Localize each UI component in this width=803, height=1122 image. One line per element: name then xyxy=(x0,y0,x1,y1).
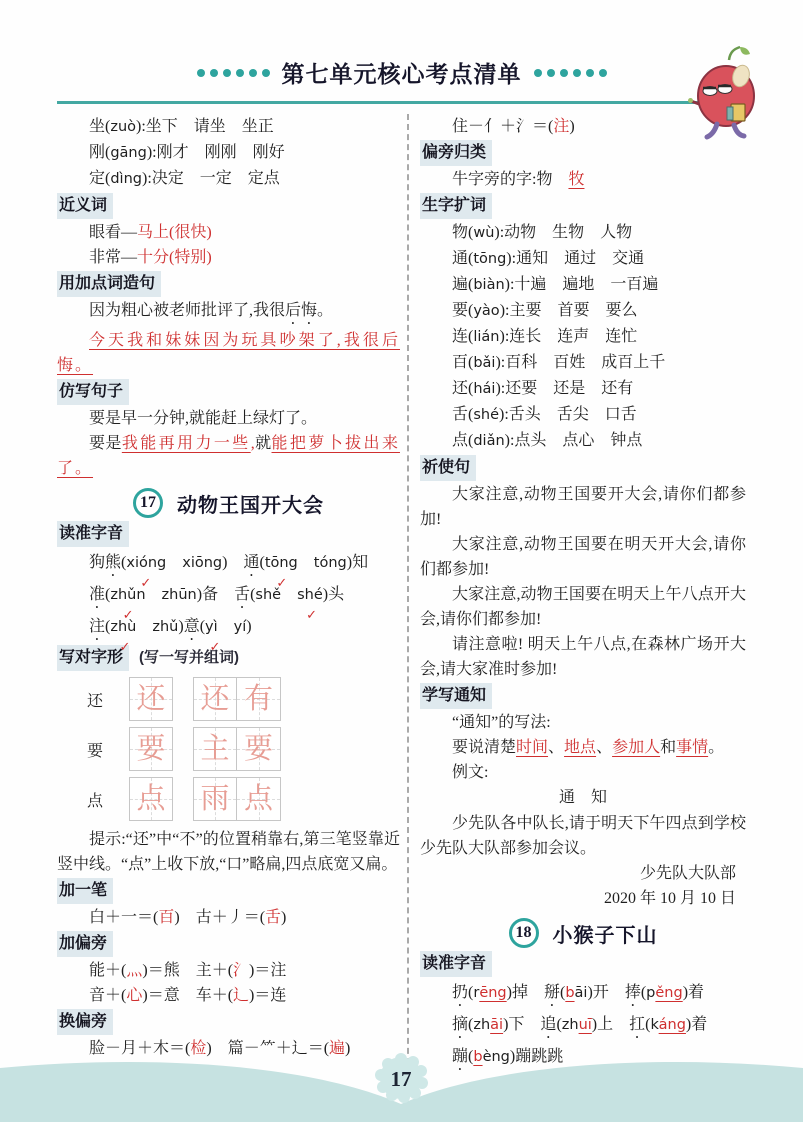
text-run: ):通知 通过 交通 xyxy=(506,250,644,267)
section-header: 用加点词造句 xyxy=(57,271,400,297)
lesson-number-badge: 18 xyxy=(509,918,539,948)
pinyin-correct-option: tōng xyxy=(265,549,298,578)
text-run: āi xyxy=(575,985,588,1001)
apple-mascot-icon xyxy=(687,44,767,148)
emphasized-char: 捧 xyxy=(625,984,641,1001)
text-run: zhūn xyxy=(162,587,197,603)
dot-icon xyxy=(197,69,205,77)
text-run: 少先队各中队长,请于明天下午四点到学校少先队大队部参加会议。 xyxy=(420,815,746,857)
pinyin-correct-option: xióng xyxy=(126,549,166,578)
content-line: 狗熊(xióng xiōng) 通(tōng tóng)知 xyxy=(57,548,400,580)
section-header-label: 读准字音 xyxy=(57,521,129,547)
practice-cell: 主 xyxy=(193,727,237,771)
section-header-label: 写对字形 xyxy=(57,645,129,671)
text-run: )＝熊 主＋( xyxy=(142,962,233,979)
text-run: )着 xyxy=(683,984,704,1001)
left-column: 坐(zuò):坐下 请坐 坐正刚(gāng):刚才 刚刚 刚好定(dìng):决… xyxy=(57,114,407,1074)
grid-answer-char: 还 xyxy=(136,685,165,714)
text-run: zh xyxy=(473,1017,490,1033)
text-run: )＝连 xyxy=(249,987,286,1004)
text-run: hái xyxy=(473,381,495,397)
paragraph: 大家注意,动物王国要开大会,请你们都参加! xyxy=(420,482,746,532)
dot-icon xyxy=(236,69,244,77)
single-cell-box: 点 xyxy=(129,777,173,821)
section-header: 祈使句 xyxy=(420,455,746,481)
content-line: 非常—十分(特别) xyxy=(57,245,400,270)
text-run: 非常— xyxy=(89,249,137,266)
emphasized-char: 通 xyxy=(243,554,259,571)
text-run: tóng xyxy=(314,555,347,571)
section-header-note: (写一写并组词) xyxy=(139,649,239,666)
emphasized-char: 注 xyxy=(89,618,105,635)
answer-text: ēng xyxy=(479,985,506,1001)
text-run: )头 xyxy=(323,586,344,603)
text-run: 2020 年 10 月 10 日 xyxy=(604,890,736,907)
grid-label-char: 要 xyxy=(87,738,129,761)
section-header: 写对字形(写一写并组词) xyxy=(57,645,400,671)
pinyin-correct-option: zhù xyxy=(110,613,136,642)
practice-cell: 还 xyxy=(193,677,237,721)
content-line: 舌(shé):舌头 舌尖 口舌 xyxy=(420,402,746,428)
text-run: 要( xyxy=(452,302,473,319)
text-run: biàn xyxy=(473,277,504,293)
section-header: 换偏旁 xyxy=(57,1009,400,1035)
emphasized-char: 舌 xyxy=(234,586,250,603)
text-run: ) xyxy=(246,618,251,635)
grid-answer-char: 点 xyxy=(136,785,165,814)
content-line: 2020 年 10 月 10 日 xyxy=(420,886,746,911)
practice-cell: 雨 xyxy=(193,777,237,821)
dot-icon xyxy=(547,69,555,77)
answer-text: 牧 xyxy=(568,171,584,188)
paragraph: 要是早一分钟,就能赶上绿灯了。 xyxy=(57,406,400,431)
section-header: 仿写句子 xyxy=(57,379,400,405)
text-run: ) xyxy=(569,118,574,135)
content-line: 连(lián):连长 连声 连忙 xyxy=(420,324,746,350)
content-line: 物(wù):动物 生物 人物 xyxy=(420,220,746,246)
answer-text: 氵 xyxy=(233,962,249,979)
content-line: 点(diǎn):点头 点心 钟点 xyxy=(420,428,746,454)
section-header-label: 读准字音 xyxy=(420,951,492,977)
text-run: ):连长 连声 连忙 xyxy=(499,328,637,345)
text-run: 例文: xyxy=(452,764,488,781)
text-run: diǎn xyxy=(473,433,504,449)
lesson-heading: 17动物王国开大会 xyxy=(57,488,400,518)
answer-text: 地点 xyxy=(564,739,596,756)
text-run: 能＋( xyxy=(89,962,126,979)
section-header-label: 祈使句 xyxy=(420,455,476,481)
dot-icon xyxy=(599,69,607,77)
grid-answer-char: 点 xyxy=(244,785,273,814)
text-run: zuò xyxy=(110,119,136,135)
text-run: yí xyxy=(234,619,247,635)
writing-grid-row: 还还还有 xyxy=(57,677,400,721)
answer-text: 时间 xyxy=(516,739,548,756)
answer-text: 马上(很快) xyxy=(137,224,212,241)
page-number: 17 xyxy=(391,1067,412,1091)
text-run: )掉 xyxy=(507,984,544,1001)
text-run: 眼看— xyxy=(89,224,137,241)
text-run: ):主要 首要 要么 xyxy=(500,302,638,319)
text-run: yào xyxy=(473,303,499,319)
text-run: 要是早一分钟,就能赶上绿灯了。 xyxy=(89,410,317,427)
answer-text: 舌 xyxy=(265,909,281,926)
text-run: )＝注 xyxy=(249,962,286,979)
text-run: ) xyxy=(281,909,286,926)
answer-text: 参加人 xyxy=(612,739,660,756)
text-run: zh xyxy=(562,1017,579,1033)
writing-grid-row: 点点雨点 xyxy=(57,777,400,821)
practice-cell: 点 xyxy=(237,777,281,821)
single-cell-box: 还 xyxy=(129,677,173,721)
dot-icon xyxy=(534,69,542,77)
section-header-label: 学写通知 xyxy=(420,683,492,709)
paragraph: 少先队各中队长,请于明天下午四点到学校少先队大队部参加会议。 xyxy=(420,811,746,861)
content-line: 刚(gāng):刚才 刚刚 刚好 xyxy=(57,140,400,166)
text-run: 大家注意,动物王国要在明天开大会,请你们都参加! xyxy=(420,536,746,578)
section-header: 学写通知 xyxy=(420,683,746,709)
text-run: 物( xyxy=(452,224,473,241)
content-line: 白＋一＝(百) 古＋丿＝(舌) xyxy=(57,905,400,930)
grid-answer-char: 雨 xyxy=(200,785,229,814)
lesson-title: 小猴子下山 xyxy=(553,919,658,948)
text-run: 大家注意,动物王国要在明天上午八点开大会,请你们都参加! xyxy=(420,586,746,628)
emphasized-char: 扛 xyxy=(629,1016,645,1033)
content-line: 扔(rēng)掉 掰(bāi)开 捧(pěng)着 xyxy=(420,978,746,1010)
practice-cell: 要 xyxy=(129,727,173,771)
text-run: 大家注意,动物王国要开大会,请你们都参加! xyxy=(420,486,746,528)
section-header-label: 加偏旁 xyxy=(57,931,113,957)
text-run: 就 xyxy=(255,435,272,452)
content-line: 通 知 xyxy=(420,785,746,811)
text-run: 和 xyxy=(660,739,676,756)
footer-book-graphic: 17 xyxy=(0,1052,803,1122)
dot-icon xyxy=(560,69,568,77)
worksheet-page: 第七单元核心考点清单 坐(zuò):坐下 请坐 坐正刚(gāng):刚才 刚刚 … xyxy=(0,0,803,1122)
text-run: )＝意 车＋( xyxy=(142,987,233,1004)
text-run: zhǔ xyxy=(152,619,178,635)
answer-text: 心 xyxy=(126,987,142,1004)
header-divider-line xyxy=(57,101,746,104)
text-run: 坐( xyxy=(89,118,110,135)
content-line: 要说清楚时间、地点、参加人和事情。 xyxy=(420,735,746,760)
dot-icon xyxy=(262,69,270,77)
paragraph: 请注意啦! 明天上午八点,在森林广场开大会,请大家准时参加! xyxy=(420,632,746,682)
text-run xyxy=(218,618,234,635)
answer-text: 十分(特别) xyxy=(137,249,212,266)
text-run: tōng xyxy=(473,251,506,267)
text-run: 住－亻＋氵＝( xyxy=(452,118,553,135)
text-run: 提示:“还”中“不”的位置稍靠右,第三笔竖靠近竖中线。“点”上收下放,“口”略扁… xyxy=(57,831,400,873)
section-header-label: 换偏旁 xyxy=(57,1009,113,1035)
text-run: 因为粗心被老师批评了,我很 xyxy=(89,302,285,319)
text-run: ):刚才 刚刚 刚好 xyxy=(147,144,285,161)
answer-text: 事情 xyxy=(676,739,708,756)
answer-text: b xyxy=(565,985,574,1001)
text-run xyxy=(166,554,182,571)
text-run: ):坐下 请坐 坐正 xyxy=(136,118,274,135)
grid-answer-char: 要 xyxy=(244,735,273,764)
content-line: 摘(zhāi)下 追(zhuī)上 扛(káng)着 xyxy=(420,1010,746,1042)
dot-ornament-left xyxy=(197,69,270,77)
practice-cell: 要 xyxy=(237,727,281,771)
text-run: xiōng xyxy=(182,555,222,571)
text-run: 音＋( xyxy=(89,987,126,1004)
content-line: 遍(biàn):十遍 遍地 一百遍 xyxy=(420,272,746,298)
page-title: 第七单元核心考点清单 xyxy=(282,56,522,89)
content-line: 少先队大队部 xyxy=(420,861,746,886)
practice-cell: 还 xyxy=(129,677,173,721)
text-run: 通( xyxy=(452,250,473,267)
text-run xyxy=(298,554,314,571)
text-run: ):十遍 遍地 一百遍 xyxy=(505,276,659,293)
text-run: 牛字旁的字:物 xyxy=(452,171,568,188)
answer-text: 注 xyxy=(553,118,569,135)
emphasized-char: 掰 xyxy=(544,984,560,1001)
grid-label-char: 点 xyxy=(87,788,129,811)
text-run: 点( xyxy=(452,432,473,449)
content-line: 百(bǎi):百科 百姓 成百上千 xyxy=(420,350,746,376)
lesson-number-badge: 17 xyxy=(133,488,163,518)
content-line: 音＋(心)＝意 车＋(辶)＝连 xyxy=(57,983,400,1008)
content-line: 眼看—马上(很快) xyxy=(57,220,400,245)
content-line: 还(hái):还要 还是 还有 xyxy=(420,376,746,402)
paragraph: 要是我能再用力一些,就能把萝卜拔出来了。 xyxy=(57,431,400,481)
emphasized-char: 熊 xyxy=(105,554,121,571)
page-header: 第七单元核心考点清单 xyxy=(0,56,803,89)
grid-answer-char: 主 xyxy=(200,735,229,764)
dot-ornament-right xyxy=(534,69,607,77)
right-column: 住－亻＋氵＝(注)偏旁归类牛字旁的字:物 牧生字扩词物(wù):动物 生物 人物… xyxy=(409,114,746,1074)
single-cell-box: 要 xyxy=(129,727,173,771)
answer-text: 我能再用力一些 xyxy=(122,435,251,452)
text-run: shé xyxy=(473,407,499,423)
text-run: ):还要 还是 还有 xyxy=(495,380,633,397)
text-run: 定( xyxy=(89,170,110,187)
grid-answer-char: 要 xyxy=(136,735,165,764)
answer-text: uī xyxy=(579,1017,592,1033)
content-line: “通知”的写法: xyxy=(420,710,746,735)
paragraph: 大家注意,动物王国要在明天开大会,请你们都参加! xyxy=(420,532,746,582)
content-line: 牛字旁的字:物 牧 xyxy=(420,167,746,192)
text-run: )上 xyxy=(592,1016,629,1033)
practice-cell: 点 xyxy=(129,777,173,821)
text-run: ):舌头 舌尖 口舌 xyxy=(499,406,637,423)
text-run: 还( xyxy=(452,380,473,397)
text-run: 要是 xyxy=(89,435,122,452)
emphasized-char: 扔 xyxy=(452,984,468,1001)
text-run: 、 xyxy=(548,739,564,756)
section-header-label: 加一笔 xyxy=(57,878,113,904)
paragraph: 因为粗心被老师批评了,我很后悔。 xyxy=(57,298,400,328)
text-run: )下 xyxy=(503,1016,540,1033)
pinyin-correct-option: zhǔn xyxy=(110,581,145,610)
section-header-label: 生字扩词 xyxy=(420,193,492,219)
section-header: 加偏旁 xyxy=(57,931,400,957)
practice-cell: 有 xyxy=(237,677,281,721)
text-run: 连( xyxy=(452,328,473,345)
text-run: 刚( xyxy=(89,144,110,161)
text-run: k xyxy=(650,1017,658,1033)
content-line: 例文: xyxy=(420,760,746,785)
text-run: ) xyxy=(222,554,243,571)
section-header-label: 偏旁归类 xyxy=(420,140,492,166)
text-run: )备 xyxy=(197,586,234,603)
section-header-label: 仿写句子 xyxy=(57,379,129,405)
lesson-title: 动物王国开大会 xyxy=(177,489,324,518)
text-run: dìng xyxy=(110,171,142,187)
emphasized-char: 追 xyxy=(540,1016,556,1033)
text-run: ):百科 百姓 成百上千 xyxy=(495,354,665,371)
text-run: bǎi xyxy=(473,355,495,371)
answer-text: áng xyxy=(659,1017,686,1033)
content-line: 注(zhù zhǔ)意(yì yí) xyxy=(57,612,400,644)
section-header-label: 用加点词造句 xyxy=(57,271,161,297)
content-area: 坐(zuò):坐下 请坐 坐正刚(gāng):刚才 刚刚 刚好定(dìng):决… xyxy=(57,114,746,1074)
content-line: 能＋(灬)＝熊 主＋(氵)＝注 xyxy=(57,958,400,983)
lesson-heading: 18小猴子下山 xyxy=(420,918,746,948)
text-run: gāng xyxy=(110,145,146,161)
grid-answer-char: 还 xyxy=(200,685,229,714)
section-header: 加一笔 xyxy=(57,878,400,904)
section-header: 读准字音 xyxy=(57,521,400,547)
text-run: 。 xyxy=(708,739,724,756)
text-run: “通知”的写法: xyxy=(452,714,551,731)
writing-grid-row: 要要主要 xyxy=(57,727,400,771)
emphasized-char: 后悔 xyxy=(285,302,317,319)
section-header: 读准字音 xyxy=(420,951,746,977)
emphasized-char: 准 xyxy=(89,586,105,603)
text-run: 遍( xyxy=(452,276,473,293)
dot-icon xyxy=(573,69,581,77)
text-run: 通 知 xyxy=(559,789,607,806)
emphasized-char: 摘 xyxy=(452,1016,468,1033)
section-header: 生字扩词 xyxy=(420,193,746,219)
paragraph: 今天我和妹妹因为玩具吵架了,我很后悔。 xyxy=(57,328,400,378)
text-run: 百( xyxy=(452,354,473,371)
content-line: 定(dìng):决定 一定 定点 xyxy=(57,166,400,192)
text-run: ):决定 一定 定点 xyxy=(142,170,280,187)
answer-text: āi xyxy=(490,1017,503,1033)
answer-text: 辶 xyxy=(233,987,249,1004)
content-line: 要(yào):主要 首要 要么 xyxy=(420,298,746,324)
word-cell-box: 还有 xyxy=(193,677,281,721)
text-run: 少先队大队部 xyxy=(640,865,736,882)
dot-icon xyxy=(586,69,594,77)
paragraph: 提示:“还”中“不”的位置稍靠右,第三笔竖靠近竖中线。“点”上收下放,“口”略扁… xyxy=(57,827,400,877)
text-run: p xyxy=(646,985,655,1001)
text-run: 请注意啦! 明天上午八点,在森林广场开大会,请大家准时参加! xyxy=(420,636,746,678)
word-cell-box: 主要 xyxy=(193,727,281,771)
text-run: 、 xyxy=(596,739,612,756)
section-header-label: 近义词 xyxy=(57,193,113,219)
text-run: 要说清楚 xyxy=(452,739,516,756)
text-run: 。 xyxy=(317,302,333,319)
dot-icon xyxy=(210,69,218,77)
paragraph: 大家注意,动物王国要在明天上午八点开大会,请你们都参加! xyxy=(420,582,746,632)
grid-label-char: 还 xyxy=(87,688,129,711)
text-run: lián xyxy=(473,329,499,345)
text-run: ):点头 点心 钟点 xyxy=(505,432,643,449)
text-run: )知 xyxy=(347,554,368,571)
answer-text: 灬 xyxy=(126,962,142,979)
answer-text: 今天我和妹妹因为玩具吵架了,我很后悔。 xyxy=(57,332,400,374)
section-header: 近义词 xyxy=(57,193,400,219)
content-line: 准(zhǔn zhūn)备 舌(shě shé)头 xyxy=(57,580,400,612)
pinyin-correct-option: shé xyxy=(297,581,323,610)
word-cell-box: 雨点 xyxy=(193,777,281,821)
dot-icon xyxy=(249,69,257,77)
page-number-badge: 17 xyxy=(375,1053,428,1103)
content-line: 通(tōng):通知 通过 交通 xyxy=(420,246,746,272)
text-run: 狗 xyxy=(89,554,105,571)
dot-icon xyxy=(223,69,231,77)
answer-text: ěng xyxy=(655,985,682,1001)
answer-text: 百 xyxy=(158,909,174,926)
text-run: ):动物 生物 人物 xyxy=(494,224,632,241)
pinyin-correct-option: yì xyxy=(205,613,218,642)
text-run: wù xyxy=(473,225,494,241)
text-run: )着 xyxy=(686,1016,707,1033)
text-run: ) 古＋丿＝( xyxy=(174,909,265,926)
text-run: 舌( xyxy=(452,406,473,423)
text-run: )开 xyxy=(587,984,624,1001)
grid-answer-char: 有 xyxy=(244,685,273,714)
text-run: 白＋一＝( xyxy=(89,909,158,926)
emphasized-char: 意 xyxy=(184,618,200,635)
content-line: 坐(zuò):坐下 请坐 坐正 xyxy=(57,114,400,140)
text-run xyxy=(136,618,152,635)
